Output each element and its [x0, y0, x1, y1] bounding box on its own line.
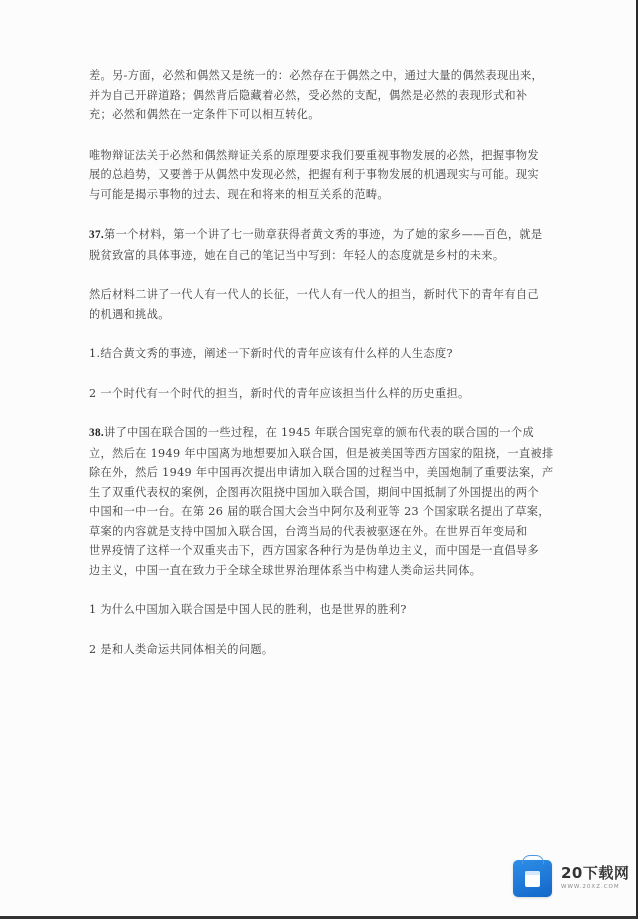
question-number: 37. — [89, 229, 104, 241]
text-line: 充；必然和偶然在一定条件下可以相互转化。 — [89, 108, 320, 121]
watermark-url: WWW.20XZ.COM — [561, 884, 629, 891]
watermark-text: 20下载网 WWW.20XZ.COM — [561, 865, 629, 891]
text-line: 2 是和人类命运共同体相关的问题。 — [89, 643, 273, 656]
document-content: 差。另-方面，必然和偶然又是统一的：必然存在于偶然之中，通过大量的偶然表现出来，… — [89, 66, 557, 659]
text-line: 除在外，然后 1949 年中国再次提出申请加入联合国的过程当中，美国炮制了重要法… — [89, 466, 554, 479]
text-line: 2 一个时代有一个时代的担当，新时代的青年应该担当什么样的历史重担。 — [89, 387, 470, 400]
text-line: 中国和一中一台。在第 26 届的联合国大会当中阿尔及利亚等 23 个国家联名提出… — [89, 505, 550, 518]
watermark-logo: 20下载网 WWW.20XZ.COM — [513, 858, 633, 898]
question-37-sub-question-2: 2 一个时代有一个时代的担当，新时代的青年应该担当什么样的历史重担。 — [89, 384, 557, 404]
text-line: 立，然后在 1949 年中国离为地想要加入联合国，但是被美国等西方国家的阻挠，一… — [89, 447, 554, 460]
text-line: 脱贫致富的具体事迹，她在自己的笔记当中写到：年轻人的态度就是乡村的未来。 — [89, 249, 504, 262]
text-line: 然后材料二讲了一代人有一代人的长征，一代人有一代人的担当，新时代下的青年有自己 — [89, 288, 539, 301]
watermark-brand: 20下载网 — [561, 865, 629, 882]
text-line: 与可能是揭示事物的过去、现在和将来的相互关系的范畴。 — [89, 188, 389, 201]
text-line: 第一个材料，第一个讲了七一勋章获得者黄文秀的事迹，为了她的家乡——百色，就是 — [104, 228, 542, 241]
question-38-sub-question-1: 1 为什么中国加入联合国是中国人民的胜利，也是世界的胜利? — [89, 600, 557, 620]
question-37-material-one: 37.第一个材料，第一个讲了七一勋章获得者黄文秀的事迹，为了她的家乡——百色，就… — [89, 225, 557, 265]
text-line: 世界疫情了这样一个双重夹击下，西方国家各种行为是伪单边主义，而中国是一直倡导多 — [89, 544, 539, 557]
text-line: 讲了中国在联合国的一些过程，在 1945 年联合国宪章的颁布代表的联合国的一个成 — [104, 426, 534, 439]
text-line: 生了双重代表权的案例，企图再次阻挠中国加入联合国，期间中国抵制了外国提出的两个 — [89, 486, 539, 499]
question-37-sub-question-1: 1.结合黄文秀的事迹，阐述一下新时代的青年应该有什么样的人生态度? — [89, 344, 557, 364]
text-line: 1 为什么中国加入联合国是中国人民的胜利，也是世界的胜利? — [89, 603, 407, 616]
document-page: 差。另-方面，必然和偶然又是统一的：必然存在于偶然之中，通过大量的偶然表现出来，… — [0, 0, 638, 919]
text-line: 1.结合黄文秀的事迹，阐述一下新时代的青年应该有什么样的人生态度? — [89, 347, 453, 360]
question-38-material: 38.讲了中国在联合国的一些过程，在 1945 年联合国宪章的颁布代表的联合国的… — [89, 423, 557, 580]
text-line: 并为自己开辟道路；偶然背后隐藏着必然，受必然的支配，偶然是必然的表现形式和补 — [89, 89, 527, 102]
paragraph-necessity-contingency-unity: 差。另-方面，必然和偶然又是统一的：必然存在于偶然之中，通过大量的偶然表现出来，… — [89, 66, 557, 125]
text-line: 展的总趋势，又要善于从偶然中发现必然，把握有利于事物发展的机遇现实与可能。现实 — [89, 168, 539, 181]
text-line: 唯物辩证法关于必然和偶然辩证关系的原理要求我们要重视事物发展的必然，把握事物发 — [89, 149, 539, 162]
paragraph-dialectics-principle: 唯物辩证法关于必然和偶然辩证关系的原理要求我们要重视事物发展的必然，把握事物发 … — [89, 146, 557, 205]
text-line: 草案的内容就是支持中国加入联合国，台湾当局的代表被驱逐在外。在世界百年变局和 — [89, 525, 527, 538]
question-38-sub-question-2: 2 是和人类命运共同体相关的问题。 — [89, 640, 557, 660]
text-line: 差。另-方面，必然和偶然又是统一的：必然存在于偶然之中，通过大量的偶然表现出来， — [89, 69, 543, 82]
text-line: 的机遇和挑战。 — [89, 308, 170, 321]
shopping-bag-cube-icon — [513, 860, 552, 897]
question-37-material-two: 然后材料二讲了一代人有一代人的长征，一代人有一代人的担当，新时代下的青年有自己 … — [89, 285, 557, 324]
question-number: 38. — [89, 427, 104, 439]
text-line: 边主义，中国一直在致力于全球全球世界治理体系当中构建人类命运共同体。 — [89, 564, 481, 577]
